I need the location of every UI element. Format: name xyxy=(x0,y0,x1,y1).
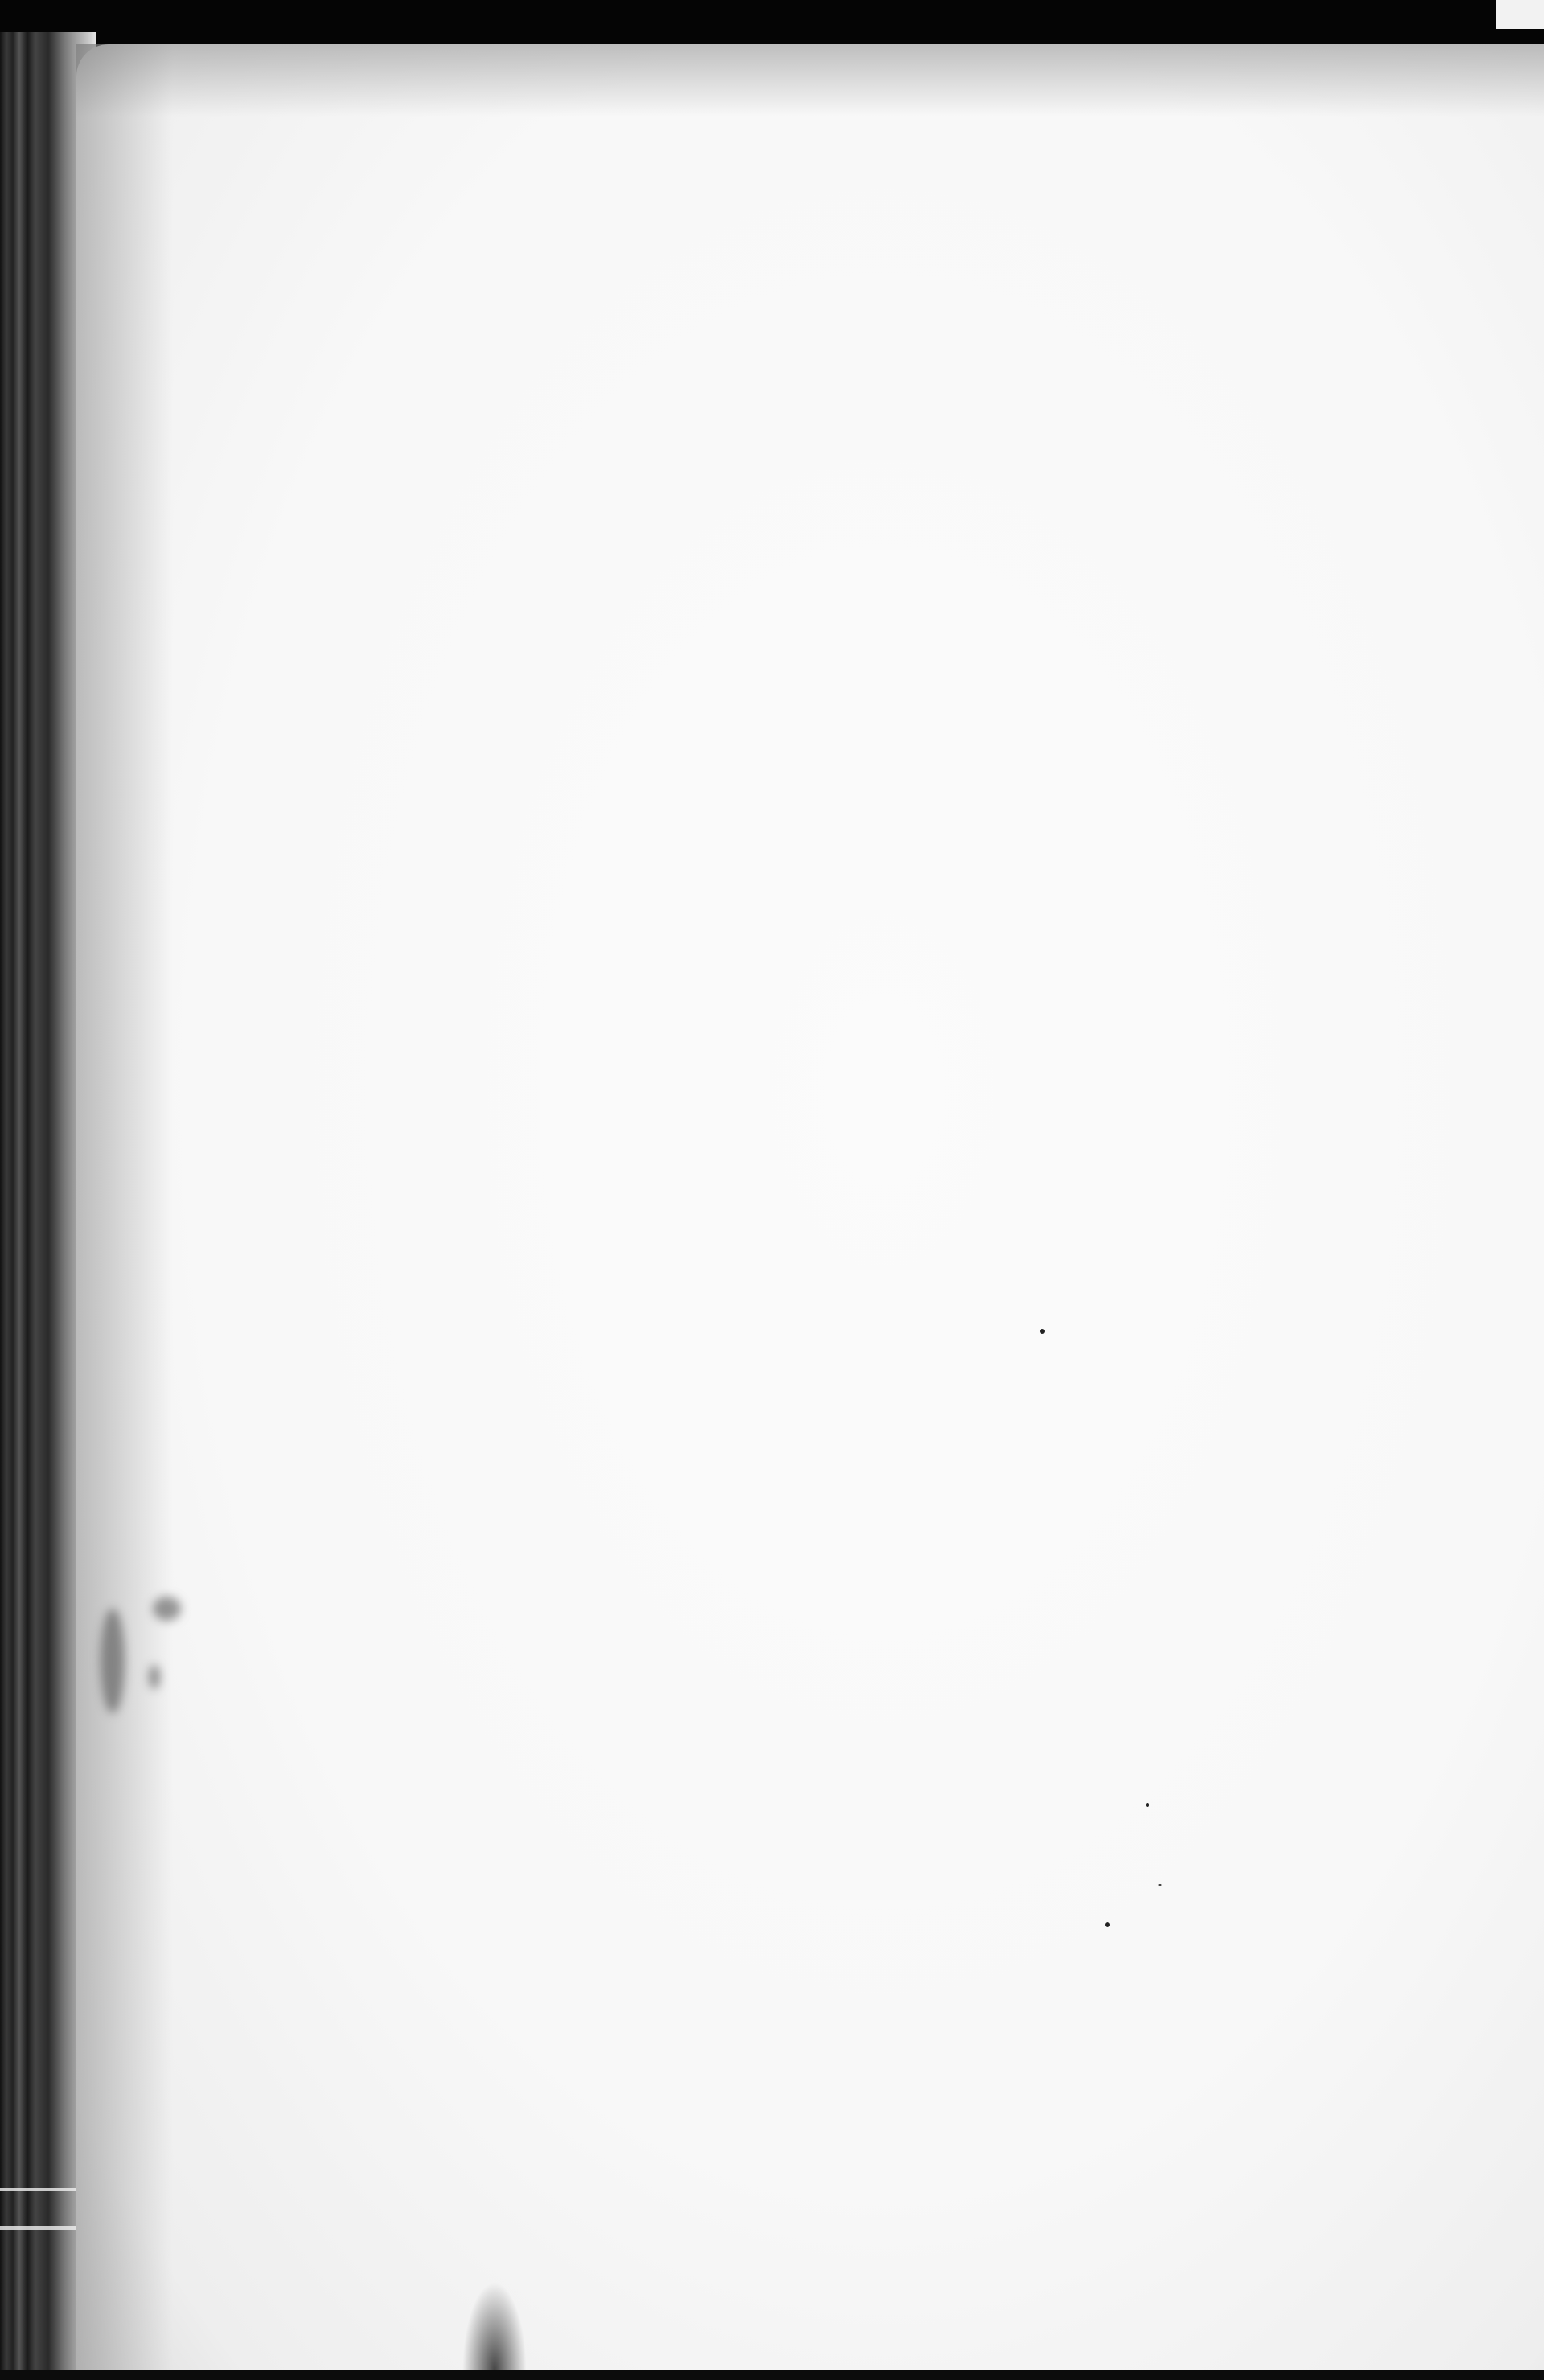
dust-speck xyxy=(1105,1922,1110,1927)
corner-notch xyxy=(1496,0,1544,29)
page-fold-shadow xyxy=(462,2282,527,2370)
bottom-scan-border xyxy=(0,2370,1544,2380)
top-scan-border xyxy=(0,0,1544,44)
smudge-mark xyxy=(153,1597,181,1621)
smudge-mark xyxy=(101,1609,125,1713)
blank-page xyxy=(76,44,1544,2372)
smudge-mark xyxy=(149,1665,160,1689)
dust-speck xyxy=(1146,1803,1149,1807)
scanned-page-background: { "document": { "type": "blank scanned b… xyxy=(0,0,1544,2380)
dust-speck xyxy=(1040,1329,1045,1334)
dust-speck xyxy=(1158,1884,1162,1886)
